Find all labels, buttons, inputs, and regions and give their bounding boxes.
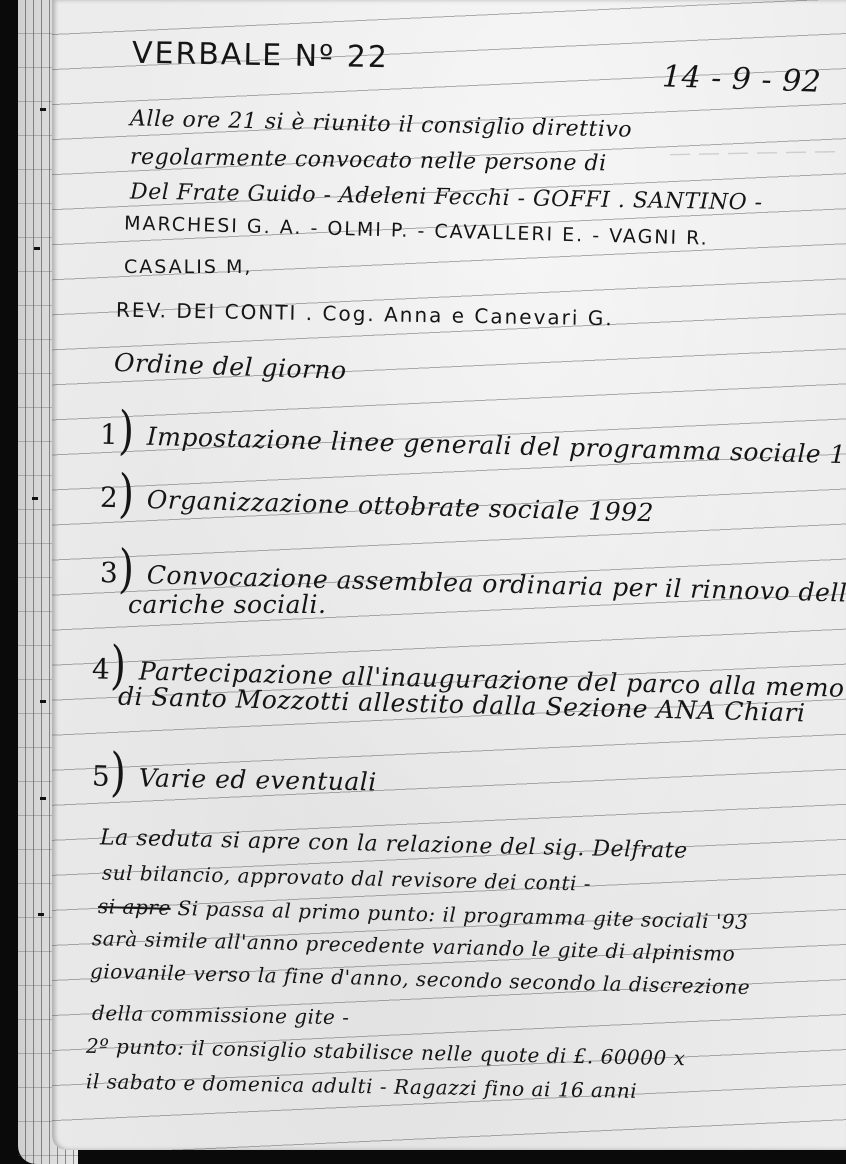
intro-line: regolarmente convocato nelle persone di: [130, 145, 607, 177]
auditors-line: REV. DEI CONTI . Cog. Anna e Canevari G.: [116, 298, 614, 331]
minutes-line: della commissione gite -: [92, 1001, 350, 1029]
minutes-line: il sabato e domenica adulti - Ragazzi fi…: [86, 1069, 637, 1103]
agenda-heading: Ordine del giorno: [114, 348, 348, 385]
attendees-line: MARCHESI G. A. - OLMI P. - CAVALLERI E. …: [124, 212, 709, 249]
paren-glyph: ): [118, 401, 136, 461]
intro-line: Alle ore 21 si è riunito il consiglio di…: [130, 106, 633, 142]
agenda-number: 4: [92, 652, 111, 685]
agenda-item-3-continued: cariche sociali.: [128, 590, 326, 619]
agenda-item-1: 1) Impostazione linee generali del progr…: [100, 408, 846, 475]
agenda-number: 2: [100, 481, 119, 514]
agenda-item-2: 2) Organizzazione ottobrate sociale 1992: [99, 471, 654, 531]
minutes-text: Si passa al primo punto: il programma gi…: [177, 896, 748, 934]
minutes-line: sul bilancio, approvato dal revisore dei…: [102, 860, 592, 895]
agenda-text: Varie ed eventuali: [139, 763, 377, 796]
binding-mark: [40, 700, 46, 703]
binding-mark: [40, 108, 46, 111]
binding-mark: [38, 913, 44, 916]
struck-text: si apre: [98, 894, 171, 920]
minutes-line: sarà simile all'anno precedente variando…: [92, 926, 736, 966]
minutes-title: VERBALE Nº 22: [132, 36, 389, 75]
agenda-number: 3: [100, 556, 119, 589]
minutes-line: 2º punto: il consiglio stabilisce nelle …: [86, 1034, 686, 1071]
attendees-line: CASALIS M,: [124, 256, 252, 278]
binding-mark: [40, 797, 46, 800]
attendees-line: Del Frate Guido - Adeleni Fecchi - GOFFI…: [130, 179, 763, 215]
minutes-line: giovanile verso la fine d'anno, secondo …: [90, 959, 751, 999]
scanned-notebook-page: ​— — — — — — VERBALE Nº 22 14 - 9 - 92 A…: [0, 0, 846, 1164]
binding-mark: [32, 497, 38, 500]
notebook-page: ​— — — — — — VERBALE Nº 22 14 - 9 - 92 A…: [52, 0, 846, 1150]
paren-glyph: ): [118, 464, 136, 524]
minutes-date: 14 - 9 - 92: [661, 59, 821, 100]
agenda-number: 1: [100, 418, 119, 451]
agenda-text: Impostazione linee generali del programm…: [147, 422, 846, 471]
agenda-number: 5: [92, 760, 111, 793]
paren-glyph: ): [110, 743, 127, 803]
agenda-item-5: 5) Varie ed eventuali: [92, 750, 378, 801]
bleed-through-text: ​— — — — — —: [669, 139, 836, 167]
minutes-line: La seduta si apre con la relazione del s…: [100, 825, 688, 863]
binding-mark: [34, 247, 40, 250]
agenda-text: Organizzazione ottobrate sociale 1992: [146, 485, 654, 527]
